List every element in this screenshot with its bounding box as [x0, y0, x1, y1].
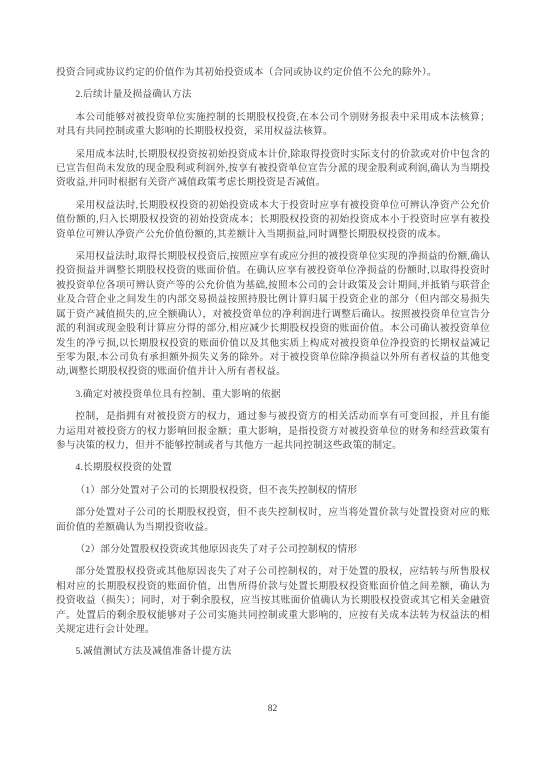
paragraph: 控制，是指拥有对被投资方的权力，通过参与被投资方的相关活动而享有可变回报，并且有…: [56, 410, 490, 453]
document-content: 投资合同或协议约定的价值作为其初始投资成本（合同或协议约定价值不公允的除外）。 …: [56, 66, 490, 668]
paragraph: 采用权益法时,长期股权投资的初始投资成本大于投资时应享有被投资单位可辨认净资产公…: [56, 199, 490, 242]
section-heading-5: 5.减值测试方法及减值准备计提方法: [56, 645, 490, 659]
sub-heading-4-1: （1）部分处置对子公司的长期股权投资，但不丧失控制权的情形: [56, 484, 490, 498]
section-heading-4: 4.长期股权投资的处置: [56, 461, 490, 475]
page-number: 82: [0, 704, 545, 714]
document-page: 投资合同或协议约定的价值作为其初始投资成本（合同或协议约定价值不公允的除外）。 …: [0, 0, 545, 771]
paragraph: 本公司能够对被投资单位实施控制的长期股权投资,在本公司个别财务报表中采用成本法核…: [56, 111, 490, 140]
paragraph: 部分处置股权投资或其他原因丧失了对子公司控制权的，对于处置的股权，应结转与所售股…: [56, 565, 490, 637]
paragraph: 采用权益法时,取得长期股权投资后,按照应享有或应分担的被投资单位实现的净损益的份…: [56, 250, 490, 380]
sub-heading-4-2: （2）部分处置股权投资或其他原因丧失了对子公司控制权的情形: [56, 543, 490, 557]
section-heading-3: 3.确定对被投资单位具有控制、重大影响的依据: [56, 388, 490, 402]
paragraph: 部分处置对子公司的长期股权投资，但不丧失控制权时，应当将处置价款与处置投资对应的…: [56, 506, 490, 535]
section-heading-2: 2.后续计量及损益确认方法: [56, 88, 490, 102]
paragraph: 采用成本法时,长期股权投资按初始投资成本计价,除取得投资时实际支付的价款或对价中…: [56, 148, 490, 191]
paragraph-continuation: 投资合同或协议约定的价值作为其初始投资成本（合同或协议约定价值不公允的除外）。: [56, 66, 490, 80]
